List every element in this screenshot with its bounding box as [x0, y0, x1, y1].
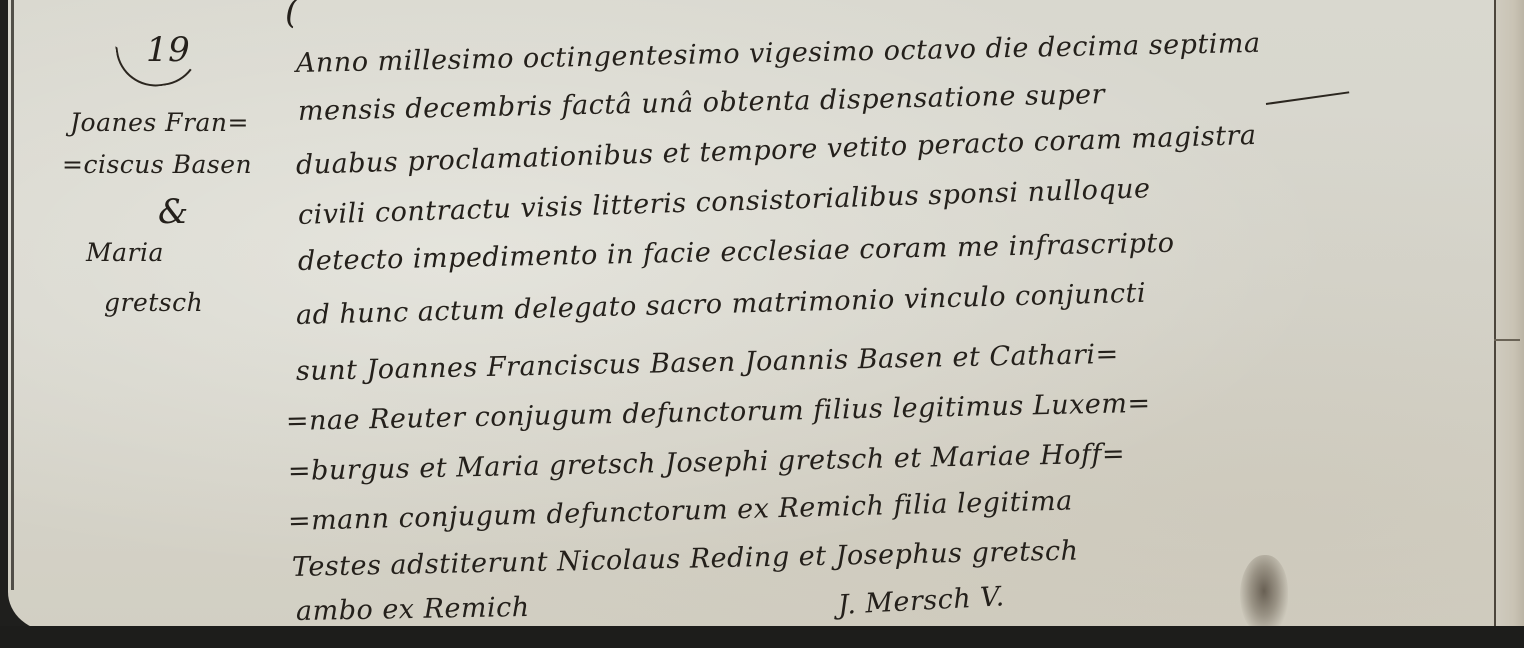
margin-bride-first-name: Maria [86, 238, 164, 267]
book-shadow-bottom [0, 626, 1524, 648]
entry-number: 19 [146, 30, 190, 70]
register-page-view: ( 19 Joanes Fran= =ciscus Basen & Maria … [0, 0, 1524, 648]
ink-stain [1240, 555, 1288, 635]
page-right-edge [1494, 0, 1524, 640]
margin-groom-line-2: =ciscus Basen [62, 150, 252, 179]
margin-ampersand: & [158, 192, 189, 232]
top-paren-mark: ( [285, 0, 299, 32]
body-line-12: ambo ex Remich [296, 592, 530, 627]
binding-edge-line [11, 0, 14, 590]
page-edge-mark [1494, 339, 1520, 341]
margin-bride-surname: gretsch [104, 288, 203, 317]
margin-groom-line-1: Joanes Fran= [70, 108, 249, 137]
